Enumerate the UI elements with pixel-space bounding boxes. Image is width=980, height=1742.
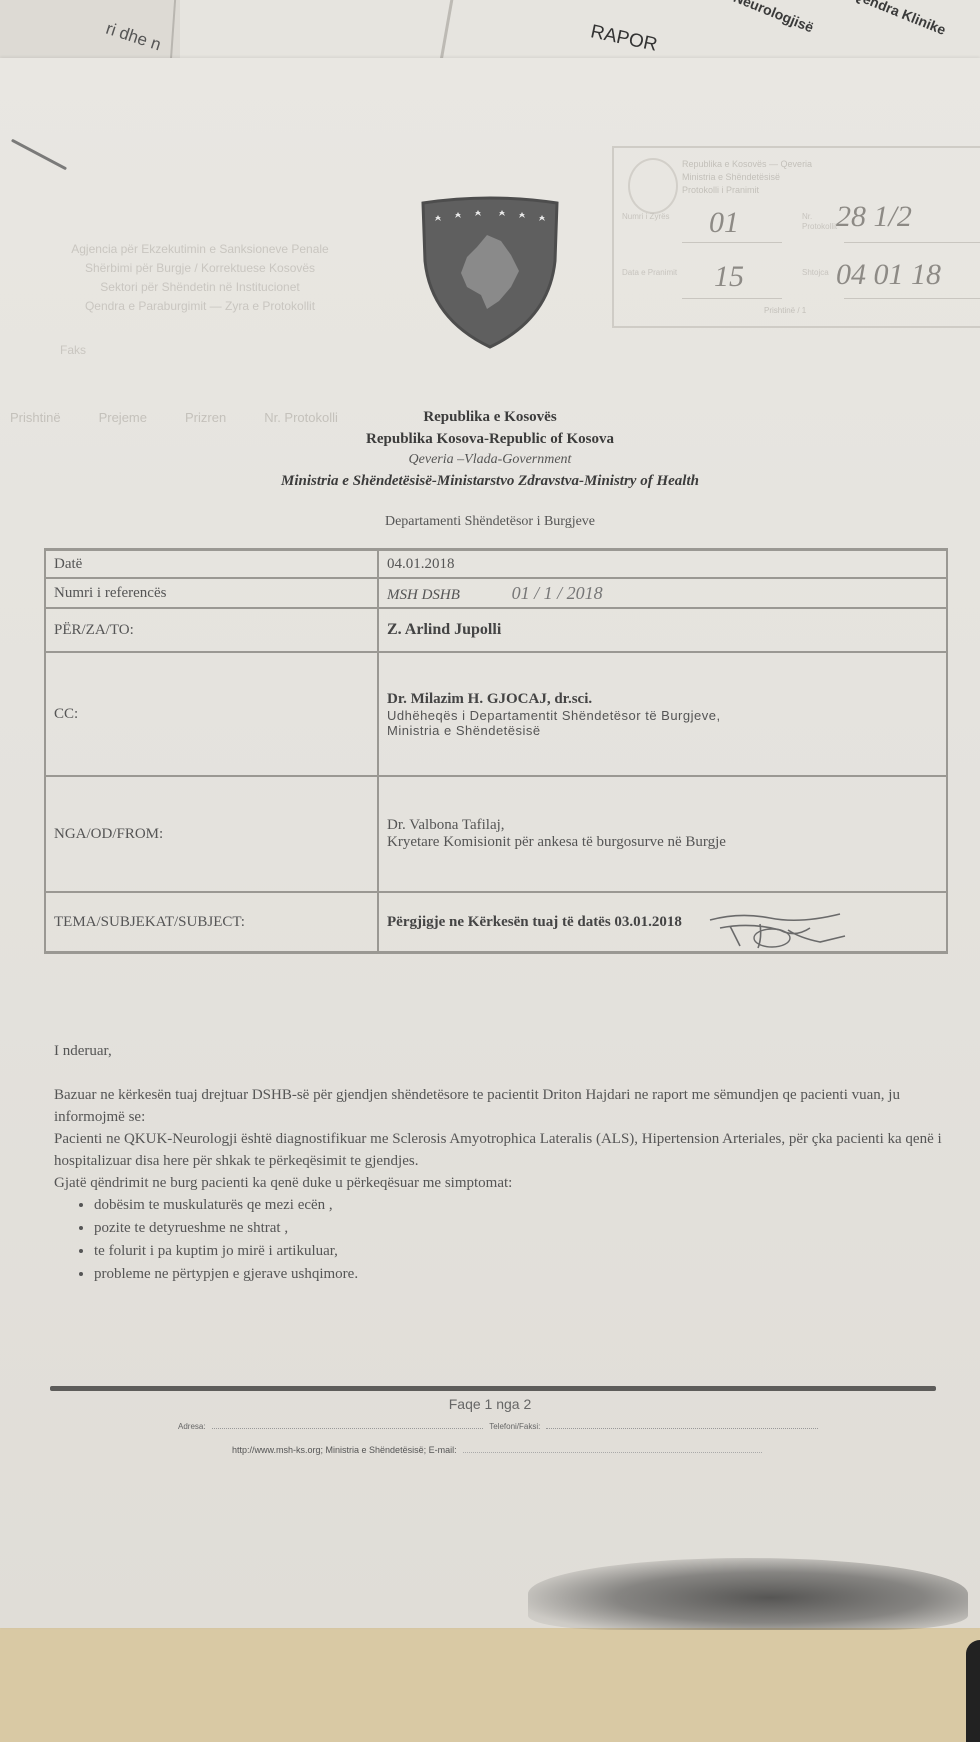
letterhead-republic: Republika e Kosovës (150, 406, 830, 428)
receipt-stamp: Republika e Kosovës — Qeveria Ministria … (612, 146, 980, 328)
reference-label: Numri i referencës (45, 578, 378, 608)
coat-of-arms-icon (415, 191, 565, 351)
table-row: Numri i referencës MSH DSHB 01 / 1 / 201… (45, 578, 947, 608)
stamp-header: Republika e Kosovës — Qeveria Ministria … (682, 158, 980, 197)
footer-address: Adresa: Telefoni/Faksi: (178, 1422, 818, 1431)
letterhead-government: Qeveria –Vlada-Government (150, 450, 830, 470)
memo-info-table: Datë 04.01.2018 Numri i referencës MSH D… (44, 548, 948, 954)
cc-title: Udhëheqës i Departamentit Shëndetësor të… (387, 708, 938, 723)
greeting: I nderuar, (54, 1040, 944, 1062)
toner-smudge (528, 1558, 968, 1630)
handwritten-number: 28 1/2 (836, 200, 912, 234)
handwritten-number: 15 (714, 260, 744, 294)
address-label: Adresa: (178, 1422, 206, 1431)
subject-value: Përgjigje ne Kërkesën tuaj të datës 03.0… (378, 892, 947, 953)
stamp-header-line: Republika e Kosovës — Qeveria (682, 158, 980, 171)
stamp-label: Numri i Zyrës (622, 212, 682, 222)
faded-row-item: Prejeme (99, 410, 147, 425)
letter-body: I nderuar, Bazuar ne kërkesën tuaj drejt… (54, 1040, 944, 1286)
sender-value: Dr. Valbona Tafilaj, Kryetare Komisionit… (378, 776, 947, 892)
stamp-emblem-icon (628, 158, 678, 214)
page-number: Faqe 1 nga 2 (0, 1396, 980, 1412)
list-item: dobësim te muskulaturës qe mezi ecën , (94, 1194, 944, 1217)
letterhead-department: Departamenti Shëndetësor i Burgjeve (150, 512, 830, 532)
table-row: CC: Dr. Milazim H. GJOCAJ, dr.sci. Udhëh… (45, 652, 947, 776)
list-item: probleme ne përtypjen e gjerave ushqimor… (94, 1263, 944, 1286)
desk-edge (966, 1640, 980, 1742)
background-paper-text: Qendra Klinike (851, 0, 949, 38)
website-text: http://www.msh-ks.org; Ministria e Shënd… (232, 1445, 457, 1455)
table-row: Datë 04.01.2018 (45, 550, 947, 579)
stamp-header-line: Protokolli i Pranimit (682, 184, 980, 197)
recipient-label: PËR/ZA/TO: (45, 608, 378, 652)
cc-name: Dr. Milazim H. GJOCAJ, dr.sci. (387, 691, 938, 708)
table-row: PËR/ZA/TO: Z. Arlind Jupolli (45, 608, 947, 652)
cc-value: Dr. Milazim H. GJOCAJ, dr.sci. Udhëheqës… (378, 652, 947, 776)
paragraph: Gjatë qëndrimit ne burg pacienti ka qenë… (54, 1172, 944, 1194)
letterhead-ministry: Ministria e Shëndetësisë-Ministarstvo Zd… (150, 470, 830, 492)
cc-label: CC: (45, 652, 378, 776)
stamp-line (844, 242, 980, 243)
paragraph: Bazuar ne kërkesën tuaj drejtuar DSHB-së… (54, 1084, 944, 1128)
paragraph: Pacienti ne QKUK-Neurologji është diagno… (54, 1128, 944, 1172)
background-paper-text: e Neurologjisë (721, 0, 816, 35)
faded-fax-label: Faks (60, 343, 86, 357)
dotted-line (212, 1427, 484, 1429)
date-value: 04.01.2018 (378, 550, 947, 579)
background-report-title: RAPOR (588, 21, 659, 57)
date-label: Datë (45, 550, 378, 579)
signature (700, 908, 850, 956)
symptom-list: dobësim te muskulaturës qe mezi ecën , p… (54, 1194, 944, 1286)
reference-value: MSH DSHB 01 / 1 / 2018 (378, 578, 947, 608)
letterhead-republic-multilingual: Republika Kosova-Republic of Kosova (150, 428, 830, 450)
subject-label: TEMA/SUBJEKAT/SUBJECT: (45, 892, 378, 953)
footer-divider (50, 1386, 936, 1391)
faded-line: Qendra e Paraburgimit — Zyra e Protokoll… (10, 297, 390, 316)
dotted-line (546, 1427, 818, 1429)
list-item: pozite te detyrueshme ne shtrat , (94, 1217, 944, 1240)
sender-name: Dr. Valbona Tafilaj, (387, 817, 938, 834)
stamp-line (844, 298, 980, 299)
cc-organization: Ministria e Shëndetësisë (387, 723, 938, 738)
reference-handwritten: 01 / 1 / 2018 (512, 583, 603, 603)
stamp-label: Data e Pranimit (622, 268, 682, 278)
dotted-line (463, 1451, 762, 1453)
faded-line: Agjencia për Ekzekutimin e Sanksioneve P… (10, 240, 390, 259)
sender-label: NGA/OD/FROM: (45, 776, 378, 892)
reference-code: MSH DSHB (387, 587, 460, 603)
pen-mark (11, 139, 67, 171)
stamp-header-line: Ministria e Shëndetësisë (682, 171, 980, 184)
sender-title: Kryetare Komisionit për ankesa të burgos… (387, 834, 938, 851)
table-row: NGA/OD/FROM: Dr. Valbona Tafilaj, Kryeta… (45, 776, 947, 892)
stamp-line (682, 298, 782, 299)
recipient-value: Z. Arlind Jupolli (378, 608, 947, 652)
footer-web: http://www.msh-ks.org; Ministria e Shënd… (232, 1445, 762, 1455)
faded-line: Sektori për Shëndetin në Institucionet (10, 278, 390, 297)
letterhead: Republika e Kosovës Republika Kosova-Rep… (150, 406, 830, 532)
stamp-line (682, 242, 782, 243)
stamp-footer: Prishtinë / 1 (764, 306, 806, 315)
faded-row-item: Prishtinë (10, 410, 61, 425)
handwritten-number: 01 (709, 206, 739, 240)
phone-label: Telefoni/Faksi: (489, 1422, 540, 1431)
list-item: te folurit i pa kuptim jo mirë i artikul… (94, 1240, 944, 1263)
faded-line: Shërbimi për Burgje / Korrektuese Kosovë… (10, 259, 390, 278)
handwritten-date: 04 01 18 (836, 258, 941, 292)
faded-bleed-through-header: Agjencia për Ekzekutimin e Sanksioneve P… (10, 240, 390, 316)
